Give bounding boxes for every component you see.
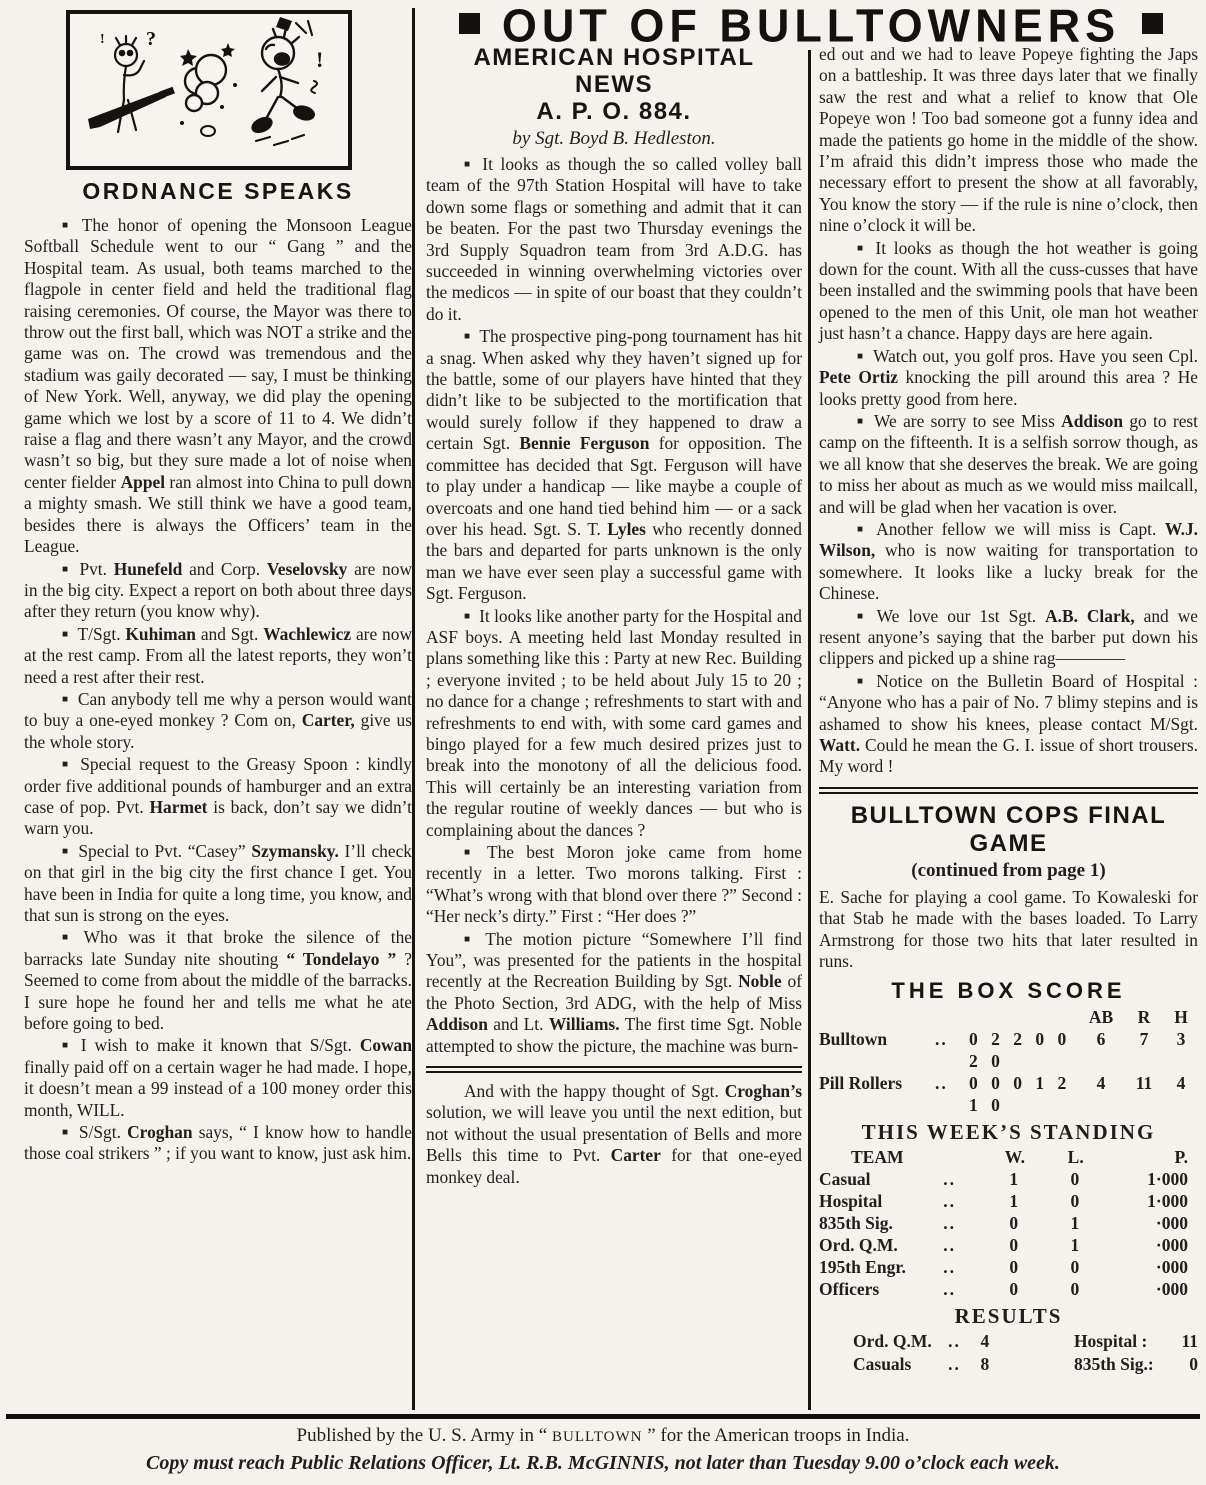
paragraph: ■Who was it that broke the silence of th… xyxy=(24,927,412,1034)
score: 0 xyxy=(1169,1353,1198,1376)
paragraph-text: Another fellow we will miss is Capt. W.J… xyxy=(819,519,1198,603)
team-name: 835th Sig. xyxy=(819,1212,943,1234)
paragraph: ■The prospective ping-pong tournament ha… xyxy=(426,326,802,604)
table-row: Bulltown .. 0 2 2 0 0 2 0 6 7 3 xyxy=(819,1028,1198,1072)
middle-column: AMERICAN HOSPITAL NEWS A. P. O. 884. by … xyxy=(426,44,802,1189)
paragraph: ■Pvt. Hunefeld and Corp. Veselovsky are … xyxy=(24,559,412,623)
right-column: ed out and we had to leave Popeye fighti… xyxy=(819,44,1198,1376)
paragraph: ■Special to Pvt. “Casey” Szymansky. I’ll… xyxy=(24,841,412,927)
continued-from-note: (continued from page 1) xyxy=(819,860,1198,882)
left-column: ? ! xyxy=(24,6,412,1166)
paragraph: ■Watch out, you golf pros. Have you seen… xyxy=(819,346,1198,410)
paragraph: ■It looks as though the hot weather is g… xyxy=(819,238,1198,345)
footer-rule xyxy=(6,1414,1200,1419)
innings-line: 0 0 0 1 2 1 0 xyxy=(969,1072,1078,1116)
bullet-square-icon: ■ xyxy=(857,416,865,427)
team-name: Ord. Q.M. xyxy=(819,1234,943,1256)
box-score-table: AB R H Bulltown .. 0 2 2 0 0 2 0 6 7 3 P… xyxy=(819,1006,1198,1116)
bullet-square-icon: ■ xyxy=(857,351,864,362)
r-value: 11 xyxy=(1124,1072,1164,1116)
box-score-header-row: AB R H xyxy=(819,1006,1198,1028)
standings-heading: THIS WEEK’S STANDING xyxy=(819,1120,1198,1145)
paragraph-text: The motion picture “Somewhere I’ll find … xyxy=(426,929,802,1056)
rifle xyxy=(88,87,175,129)
paragraph-text: It looks as though the hot weather is go… xyxy=(819,238,1198,344)
losses: 0 xyxy=(1042,1278,1109,1300)
results-table: Ord. Q.M. .. 4 Hospital : 11 Casuals .. … xyxy=(819,1330,1198,1376)
svg-text:!: ! xyxy=(316,47,323,72)
wins: 0 xyxy=(986,1278,1042,1300)
table-row: Casuals .. 8 835th Sig.: 0 xyxy=(819,1353,1198,1376)
paragraph: ■Notice on the Bulletin Board of Hospita… xyxy=(819,671,1198,778)
bullet-square-icon: ■ xyxy=(464,611,470,622)
team-name: 835th Sig.: xyxy=(1074,1353,1169,1376)
losses: 1 xyxy=(1042,1212,1109,1234)
paragraph-text: Special request to the Greasy Spoon : ki… xyxy=(24,754,412,838)
paragraph: ■I wish to make it known that S/Sgt. Cow… xyxy=(24,1035,412,1121)
paragraph-text: S/Sgt. Croghan says, “ I know how to han… xyxy=(24,1122,412,1163)
header-square-icon xyxy=(1142,13,1163,34)
table-row: Ord. Q.M. .. 4 Hospital : 11 xyxy=(819,1330,1198,1353)
bullet-square-icon: ■ xyxy=(62,220,73,231)
pct: ·000 xyxy=(1108,1234,1198,1256)
paragraph: ■It looks like another party for the Hos… xyxy=(426,606,802,841)
box-score-heading: THE BOX SCORE xyxy=(819,978,1198,1004)
paragraph: ■The motion picture “Somewhere I’ll find… xyxy=(426,929,802,1057)
leader-dots: .. xyxy=(943,1256,986,1278)
paragraph-text: Watch out, you golf pros. Have you seen … xyxy=(819,346,1198,409)
team-name: Pill Rollers xyxy=(819,1072,935,1116)
leader-dots: .. xyxy=(935,1072,969,1116)
leader-dots: .. xyxy=(935,1028,969,1072)
pct: 1·000 xyxy=(1108,1190,1198,1212)
hospital-news-heading-line1: AMERICAN HOSPITAL xyxy=(426,44,802,71)
pct: ·000 xyxy=(1108,1278,1198,1300)
bullet-square-icon: ■ xyxy=(62,846,69,857)
paragraph: ■Another fellow we will miss is Capt. W.… xyxy=(819,519,1198,605)
h-value: 3 xyxy=(1164,1028,1198,1072)
paragraph-text: Who was it that broke the silence of the… xyxy=(24,927,412,1033)
team-name: Bulltown xyxy=(819,1028,935,1072)
bullet-square-icon: ■ xyxy=(464,934,476,945)
table-row: Hospital .. 1 0 1·000 xyxy=(819,1190,1198,1212)
bullet-square-icon: ■ xyxy=(857,676,867,687)
svg-text:!: ! xyxy=(100,32,105,47)
ordnance-cartoon: ? ! xyxy=(66,10,352,170)
bullet-square-icon: ■ xyxy=(464,331,470,342)
col-header-r: R xyxy=(1124,1006,1164,1028)
col-header-ab: AB xyxy=(1078,1006,1124,1028)
standings-header-row: TEAM W. L. P. xyxy=(819,1146,1198,1168)
paragraph-text: The honor of opening the Monsoon League … xyxy=(24,215,412,556)
paragraph-text: The best Moron joke came from home recen… xyxy=(426,842,802,926)
paragraph-text: It looks as though the so called volley … xyxy=(426,154,802,324)
bullet-square-icon: ■ xyxy=(62,1040,72,1051)
paragraph: ■Special request to the Greasy Spoon : k… xyxy=(24,754,412,840)
leader-dots: .. xyxy=(943,1234,986,1256)
paragraph-text: We love our 1st Sgt. A.B. Clark, and we … xyxy=(819,606,1198,669)
team-name: Hospital xyxy=(819,1190,943,1212)
table-row: Pill Rollers .. 0 0 0 1 2 1 0 4 11 4 xyxy=(819,1072,1198,1116)
score: 4 xyxy=(980,1330,1073,1353)
leader-dots: .. xyxy=(943,1212,986,1234)
left-section-heading: ORDNANCE SPEAKS xyxy=(24,178,412,205)
running-figure: ! xyxy=(250,17,323,145)
ab-value: 6 xyxy=(1078,1028,1124,1072)
paragraph: ■It looks as though the so called volley… xyxy=(426,154,802,325)
bullet-square-icon: ■ xyxy=(857,243,866,254)
team-name: Hospital : xyxy=(1074,1330,1169,1353)
wins: 0 xyxy=(986,1234,1042,1256)
bullet-square-icon: ■ xyxy=(62,1127,70,1138)
continued-paragraph: ed out and we had to leave Popeye fighti… xyxy=(819,44,1198,237)
losses: 0 xyxy=(1042,1190,1109,1212)
paragraph: ■T/Sgt. Kuhiman and Sgt. Wachlewicz are … xyxy=(24,624,412,688)
standings-table: TEAM W. L. P. Casual .. 1 0 1·000 Hospit… xyxy=(819,1146,1198,1300)
team-name: Officers xyxy=(819,1278,943,1300)
paragraph: ■We are sorry to see Miss Addison go to … xyxy=(819,411,1198,518)
paragraph-text: ed out and we had to leave Popeye fighti… xyxy=(819,44,1198,235)
publisher-line: Published by the U. S. Army in “ BULLTOW… xyxy=(0,1423,1206,1450)
header-square-icon xyxy=(459,13,480,34)
cops-game-paragraph: E. Sache for playing a cool game. To Kow… xyxy=(819,887,1198,973)
leader-dots: .. xyxy=(943,1190,986,1212)
pct: 1·000 xyxy=(1108,1168,1198,1190)
double-rule xyxy=(426,1066,802,1073)
bullet-square-icon: ■ xyxy=(857,524,867,535)
hospital-news-heading-line2: NEWS xyxy=(426,71,802,98)
byline: by Sgt. Boyd B. Hedleston. xyxy=(426,128,802,150)
column-divider xyxy=(808,50,811,1410)
ab-value: 4 xyxy=(1078,1072,1124,1116)
wins: 0 xyxy=(986,1256,1042,1278)
paragraph-text: Pvt. Hunefeld and Corp. Veselovsky are n… xyxy=(24,559,412,622)
col-header-team: TEAM xyxy=(819,1146,945,1168)
paragraph-text: The prospective ping-pong tournament has… xyxy=(426,326,802,603)
bulltown-name: BULLTOWN xyxy=(552,1429,643,1445)
paragraph: ■We love our 1st Sgt. A.B. Clark, and we… xyxy=(819,606,1198,670)
wins: 1 xyxy=(986,1190,1042,1212)
losses: 1 xyxy=(1042,1234,1109,1256)
col-header-l: L. xyxy=(1043,1146,1109,1168)
paragraph: ■Can anybody tell me why a person would … xyxy=(24,689,412,753)
footer: Published by the U. S. Army in “ BULLTOW… xyxy=(0,1423,1206,1477)
col-header-h: H xyxy=(1164,1006,1198,1028)
score: 8 xyxy=(980,1353,1073,1376)
score: 11 xyxy=(1169,1330,1198,1353)
leader-dots: .. xyxy=(943,1168,986,1190)
paragraph-text: We are sorry to see Miss Addison go to r… xyxy=(819,411,1198,517)
paragraph: ■S/Sgt. Croghan says, “ I know how to ha… xyxy=(24,1122,412,1165)
cops-final-game-heading: BULLTOWN COPS FINAL GAME xyxy=(819,802,1198,858)
cartoon-drawing: ? ! xyxy=(70,14,348,166)
paragraph-text: And with the happy thought of Sgt. Crogh… xyxy=(426,1081,802,1187)
paragraph-text: E. Sache for playing a cool game. To Kow… xyxy=(819,887,1198,971)
col-header-w: W. xyxy=(987,1146,1042,1168)
bullet-square-icon: ■ xyxy=(62,564,70,575)
col-header-p: P. xyxy=(1109,1146,1198,1168)
team-name: Ord. Q.M. xyxy=(853,1330,948,1353)
bullet-square-icon: ■ xyxy=(464,159,473,170)
bullet-square-icon: ■ xyxy=(62,759,71,770)
r-value: 7 xyxy=(1124,1028,1164,1072)
bullet-square-icon: ■ xyxy=(857,611,868,622)
innings-line: 0 2 2 0 0 2 0 xyxy=(969,1028,1078,1072)
hospital-news-heading-line3: A. P. O. 884. xyxy=(426,98,802,125)
bullet-square-icon: ■ xyxy=(62,629,69,640)
h-value: 4 xyxy=(1164,1072,1198,1116)
team-name: 195th Engr. xyxy=(819,1256,943,1278)
wins: 0 xyxy=(986,1212,1042,1234)
bullet-square-icon: ■ xyxy=(62,694,69,705)
leader-dots: .. xyxy=(943,1278,986,1300)
table-row: 835th Sig. .. 0 1 ·000 xyxy=(819,1212,1198,1234)
bullet-square-icon: ■ xyxy=(464,847,478,858)
svg-text:?: ? xyxy=(146,28,156,50)
losses: 0 xyxy=(1042,1168,1109,1190)
losses: 0 xyxy=(1042,1256,1109,1278)
paragraph-text: Notice on the Bulletin Board of Hospital… xyxy=(819,671,1198,777)
pct: ·000 xyxy=(1108,1256,1198,1278)
paragraph: ■The honor of opening the Monsoon League… xyxy=(24,215,412,558)
bullet-square-icon: ■ xyxy=(62,932,75,943)
newspaper-page: OUT OF BULLTOWNERS ? ! xyxy=(0,0,1206,1485)
paragraph: ■The best Moron joke came from home rece… xyxy=(426,842,802,928)
leader-dots: .. xyxy=(948,1330,980,1353)
copy-deadline-line: Copy must reach Public Relations Officer… xyxy=(0,1450,1206,1477)
results-heading: RESULTS xyxy=(819,1304,1198,1329)
paragraph-text: Special to Pvt. “Casey” Szymansky. I’ll … xyxy=(24,841,412,925)
leader-dots: .. xyxy=(948,1353,980,1376)
closing-paragraph: And with the happy thought of Sgt. Crogh… xyxy=(426,1081,802,1188)
table-row: Ord. Q.M. .. 0 1 ·000 xyxy=(819,1234,1198,1256)
paragraph-text: T/Sgt. Kuhiman and Sgt. Wachlewicz are n… xyxy=(24,624,412,687)
paragraph-text: I wish to make it known that S/Sgt. Cowa… xyxy=(24,1035,412,1119)
double-rule xyxy=(819,787,1198,794)
wins: 1 xyxy=(986,1168,1042,1190)
pct: ·000 xyxy=(1108,1212,1198,1234)
team-name: Casuals xyxy=(853,1353,948,1376)
table-row: 195th Engr. .. 0 0 ·000 xyxy=(819,1256,1198,1278)
column-divider xyxy=(412,8,415,1410)
team-name: Casual xyxy=(819,1168,943,1190)
table-row: Casual .. 1 0 1·000 xyxy=(819,1168,1198,1190)
paragraph-text: Can anybody tell me why a person would w… xyxy=(24,689,412,752)
table-row: Officers .. 0 0 ·000 xyxy=(819,1278,1198,1300)
paragraph-text: It looks like another party for the Hosp… xyxy=(426,606,802,840)
